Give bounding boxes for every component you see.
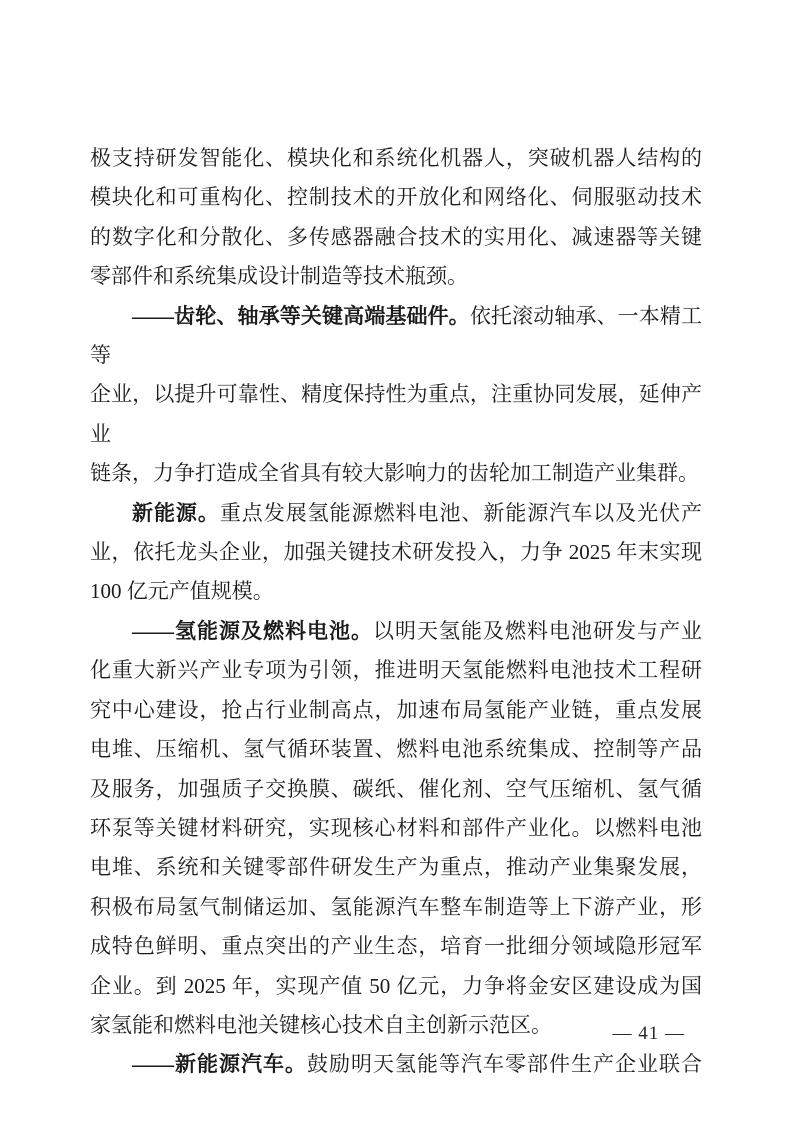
text-line: 的数字化和分散化、多传感器融合技术的实用化、减速器等关键: [90, 218, 702, 257]
paragraph-text: 环泵等关键材料研究，实现核心材料和部件产业化。以燃料电池: [90, 816, 702, 840]
paragraph-heading: ——齿轮、轴承等关键高端基础件。: [132, 304, 470, 328]
text-line: 100 亿元产值规模。: [90, 572, 702, 611]
text-line: 成特色鲜明、重点突出的产业生态，培育一批细分领域隐形冠军: [90, 927, 702, 966]
paragraph-text: 企业，以提升可靠性、精度保持性为重点，注重协同发展，延伸产业: [90, 382, 702, 445]
text-line: 企业，以提升可靠性、精度保持性为重点，注重协同发展，延伸产业: [90, 375, 702, 454]
paragraph-text: 鼓励明天氢能等汽车零部件生产企业联合: [307, 1052, 702, 1076]
text-line: 链条，力争打造成全省具有较大影响力的齿轮加工制造产业集群。: [90, 454, 702, 493]
paragraph-text: 积极布局氢气制储运加、氢能源汽车整车制造等上下游产业，形: [90, 895, 702, 919]
text-line: 企业。到 2025 年，实现产值 50 亿元，力争将金安区建设成为国: [90, 967, 702, 1006]
paragraph-text: 模块化和可重构化、控制技术的开放化和网络化、伺服驱动技术: [90, 185, 702, 209]
text-line: 环泵等关键材料研究，实现核心材料和部件产业化。以燃料电池: [90, 809, 702, 848]
paragraph-text: 究中心建设，抢占行业制高点，加速布局氢能产业链，重点发展: [90, 698, 702, 722]
text-line: ——氢能源及燃料电池。以明天氢能及燃料电池研发与产业: [90, 612, 702, 651]
text-line: 电堆、系统和关键零部件研发生产为重点，推动产业集聚发展，: [90, 848, 702, 887]
text-line: 业，依托龙头企业，加强关键技术研发投入，力争 2025 年末实现: [90, 533, 702, 572]
text-line: 极支持研发智能化、模块化和系统化机器人，突破机器人结构的: [90, 139, 702, 178]
text-line: 电堆、压缩机、氢气循环装置、燃料电池系统集成、控制等产品: [90, 730, 702, 769]
text-line: 家氢能和燃料电池关键核心技术自主创新示范区。: [90, 1006, 702, 1045]
paragraph-text: 电堆、压缩机、氢气循环装置、燃料电池系统集成、控制等产品: [90, 737, 702, 761]
paragraph-text: 及服务，加强质子交换膜、碳纸、催化剂、空气压缩机、氢气循: [90, 777, 702, 801]
paragraph-text: 极支持研发智能化、模块化和系统化机器人，突破机器人结构的: [90, 146, 702, 170]
text-line: 化重大新兴产业专项为引领，推进明天氢能燃料电池技术工程研: [90, 651, 702, 690]
text-line: ——新能源汽车。鼓励明天氢能等汽车零部件生产企业联合: [90, 1045, 702, 1084]
paragraph-text: 的数字化和分散化、多传感器融合技术的实用化、减速器等关键: [90, 225, 702, 249]
paragraph-text: 链条，力争打造成全省具有较大影响力的齿轮加工制造产业集群。: [90, 461, 699, 485]
document-body: 极支持研发智能化、模块化和系统化机器人，突破机器人结构的模块化和可重构化、控制技…: [90, 139, 702, 1085]
document-page: 极支持研发智能化、模块化和系统化机器人，突破机器人结构的模块化和可重构化、控制技…: [0, 0, 793, 1122]
paragraph-text: 化重大新兴产业专项为引领，推进明天氢能燃料电池技术工程研: [90, 658, 702, 682]
text-line: 模块化和可重构化、控制技术的开放化和网络化、伺服驱动技术: [90, 178, 702, 217]
paragraph-text: 企业。到 2025 年，实现产值 50 亿元，力争将金安区建设成为国: [90, 974, 702, 998]
paragraph-heading: ——新能源汽车。: [132, 1052, 307, 1076]
paragraph-text: 业，依托龙头企业，加强关键技术研发投入，力争 2025 年末实现: [90, 540, 702, 564]
paragraph-text: 100 亿元产值规模。: [90, 579, 274, 603]
paragraph-heading: ——氢能源及燃料电池。: [132, 619, 373, 643]
text-line: 新能源。重点发展氢能源燃料电池、新能源汽车以及光伏产: [90, 494, 702, 533]
paragraph-text: 以明天氢能及燃料电池研发与产业: [373, 619, 702, 643]
text-line: 积极布局氢气制储运加、氢能源汽车整车制造等上下游产业，形: [90, 888, 702, 927]
paragraph-text: 家氢能和燃料电池关键核心技术自主创新示范区。: [90, 1013, 552, 1037]
text-line: 零部件和系统集成设计制造等技术瓶颈。: [90, 257, 702, 296]
text-line: 及服务，加强质子交换膜、碳纸、催化剂、空气压缩机、氢气循: [90, 770, 702, 809]
text-line: ——齿轮、轴承等关键高端基础件。依托滚动轴承、一本精工等: [90, 297, 702, 376]
paragraph-heading: 新能源。: [132, 501, 220, 525]
paragraph-text: 成特色鲜明、重点突出的产业生态，培育一批细分领域隐形冠军: [90, 934, 702, 958]
paragraph-text: 重点发展氢能源燃料电池、新能源汽车以及光伏产: [220, 501, 702, 525]
paragraph-text: 电堆、系统和关键零部件研发生产为重点，推动产业集聚发展，: [90, 855, 702, 879]
text-line: 究中心建设，抢占行业制高点，加速布局氢能产业链，重点发展: [90, 691, 702, 730]
paragraph-text: 零部件和系统集成设计制造等技术瓶颈。: [90, 264, 468, 288]
page-number: — 41 —: [613, 1020, 686, 1048]
